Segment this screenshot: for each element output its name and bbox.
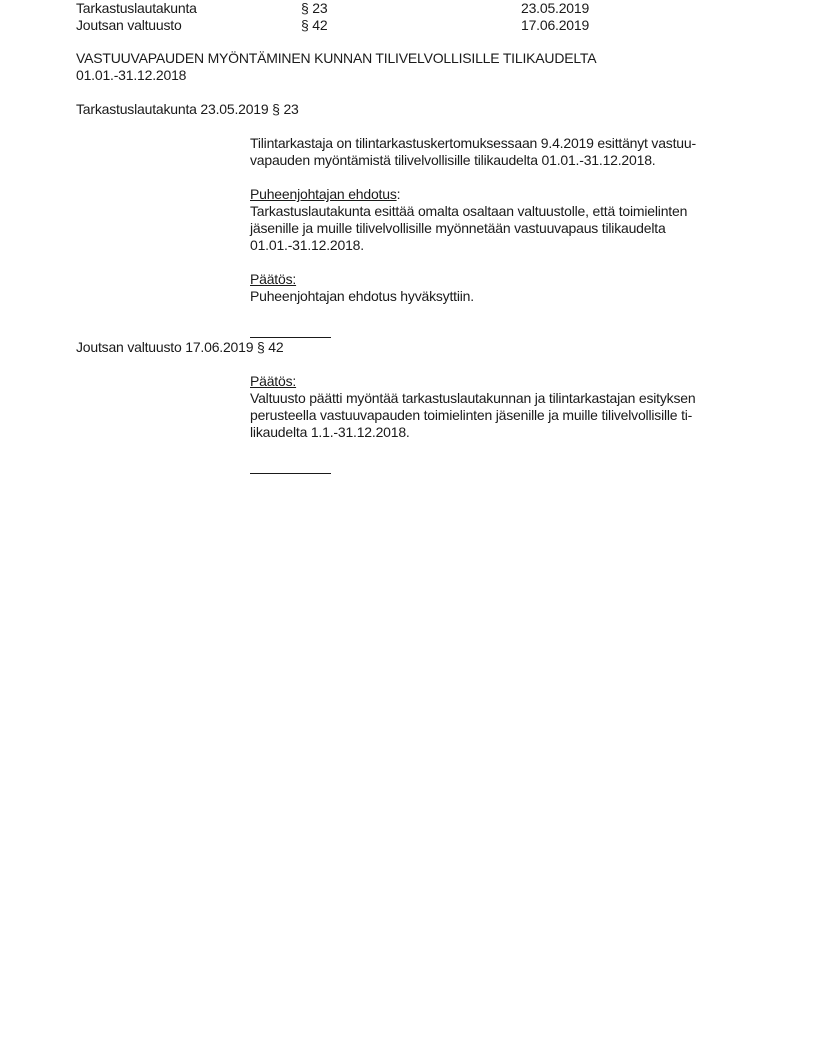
proposal-line: Tarkastuslautakunta esittää omalta osalt…	[250, 203, 739, 220]
decision-label: Päätös:	[250, 271, 296, 287]
proposal-line: 01.01.-31.12.2018.	[250, 237, 739, 254]
section-heading-tarkastuslautakunta: Tarkastuslautakunta 23.05.2019 § 23	[76, 101, 299, 118]
meta-section: § 23	[301, 0, 327, 17]
decision-block-2: Päätös: Valtuusto päätti myöntää tarkast…	[250, 373, 739, 441]
meta-section: § 42	[301, 17, 327, 34]
title-line: 01.01.-31.12.2018	[76, 67, 676, 84]
section-heading-valtuusto: Joutsan valtuusto 17.06.2019 § 42	[76, 339, 283, 356]
intro-line: Tilintarkastaja on tilintarkastuskertomu…	[250, 135, 739, 152]
decision-label: Päätös:	[250, 373, 296, 389]
proposal-label-line: Puheenjohtajan ehdotus:	[250, 186, 739, 203]
document-title: VASTUUVAPAUDEN MYÖNTÄMINEN KUNNAN TILIVE…	[76, 50, 676, 84]
proposal-label: Puheenjohtajan ehdotus	[250, 186, 397, 202]
separator-line	[250, 473, 331, 474]
decision-text: Puheenjohtajan ehdotus hyväksyttiin.	[250, 288, 739, 305]
proposal-block: Puheenjohtajan ehdotus: Tarkastuslautaku…	[250, 186, 739, 254]
decision-line: perusteella vastuuvapauden toimielinten …	[250, 407, 739, 424]
meta-body: Tarkastuslautakunta	[76, 0, 197, 17]
decision-line: likaudelta 1.1.-31.12.2018.	[250, 424, 739, 441]
meta-date: 17.06.2019	[521, 17, 589, 34]
title-line: VASTUUVAPAUDEN MYÖNTÄMINEN KUNNAN TILIVE…	[76, 50, 676, 67]
decision-line: Valtuusto päätti myöntää tarkastuslautak…	[250, 390, 739, 407]
intro-paragraph: Tilintarkastaja on tilintarkastuskertomu…	[250, 135, 739, 169]
separator-line	[250, 337, 331, 338]
proposal-line: jäsenille ja muille tilivelvollisille my…	[250, 220, 739, 237]
decision-block-1: Päätös: Puheenjohtajan ehdotus hyväksytt…	[250, 271, 739, 305]
intro-line: vapauden myöntämistä tilivelvollisille t…	[250, 152, 739, 169]
meta-body: Joutsan valtuusto	[76, 17, 182, 34]
meta-date: 23.05.2019	[521, 0, 589, 17]
proposal-colon: :	[397, 186, 401, 202]
